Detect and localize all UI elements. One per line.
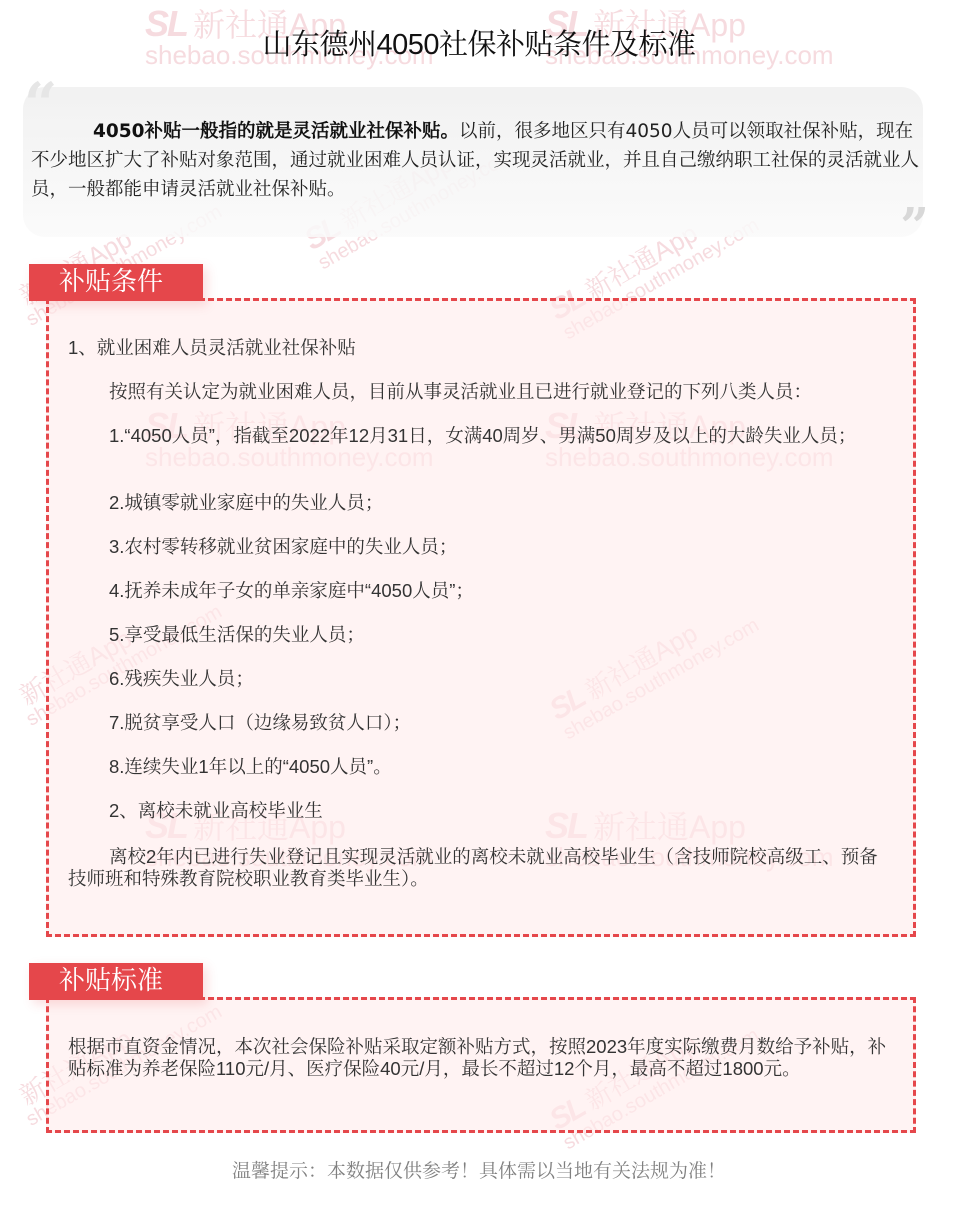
section-box-conditions: 1、就业困难人员灵活就业社保补贴 按照有关认定为就业困难人员，目前从事灵活就业且…: [46, 298, 916, 937]
list-item: 7.脱贫享受人口（边缘易致贫人口）；: [68, 712, 891, 734]
intro-text: 4050补贴一般指的就是灵活就业社保补贴。以前，很多地区只有4050人员可以领取…: [31, 117, 919, 204]
paragraph: 根据市直资金情况，本次社会保险补贴采取定额补贴方式，按照2023年度实际缴费月数…: [68, 1036, 891, 1080]
section-tab-standards: 补贴标准: [29, 963, 203, 1000]
list-item: 8.连续失业1年以上的“4050人员”。: [68, 756, 891, 778]
list-item: 4.抚养未成年子女的单亲家庭中“4050人员”；: [68, 580, 891, 602]
section-tab-conditions: 补贴条件: [29, 264, 203, 301]
list-item: 2.城镇零就业家庭中的失业人员；: [68, 492, 891, 514]
page-title: 山东德州4050社保补贴条件及标准: [0, 22, 958, 63]
close-quote-icon: ”: [900, 201, 929, 251]
list-item: 5.享受最低生活保的失业人员；: [68, 624, 891, 646]
list-item: 6.残疾失业人员；: [68, 668, 891, 690]
footer-tip: 温馨提示：本数据仅供参考！具体需以当地有关法规为准！: [0, 1156, 958, 1183]
subheading: 2、离校未就业高校毕业生: [68, 800, 891, 822]
intro-quote-card: “ 4050补贴一般指的就是灵活就业社保补贴。以前，很多地区只有4050人员可以…: [23, 87, 923, 237]
subheading: 1、就业困难人员灵活就业社保补贴: [68, 337, 891, 359]
section-box-standards: 根据市直资金情况，本次社会保险补贴采取定额补贴方式，按照2023年度实际缴费月数…: [46, 997, 916, 1133]
intro-bold-lead: 4050补贴一般指的就是灵活就业社保补贴。: [93, 121, 459, 142]
list-item: 3.农村零转移就业贫困家庭中的失业人员；: [68, 536, 891, 558]
list-item: 1.“4050人员”，指截至2022年12月31日，女满40周岁、男满50周岁及…: [68, 425, 891, 447]
paragraph: 离校2年内已进行失业登记且实现灵活就业的离校未就业高校毕业生（含技师院校高级工、…: [68, 846, 891, 890]
paragraph: 按照有关认定为就业困难人员，目前从事灵活就业且已进行就业登记的下列八类人员：: [68, 381, 891, 403]
